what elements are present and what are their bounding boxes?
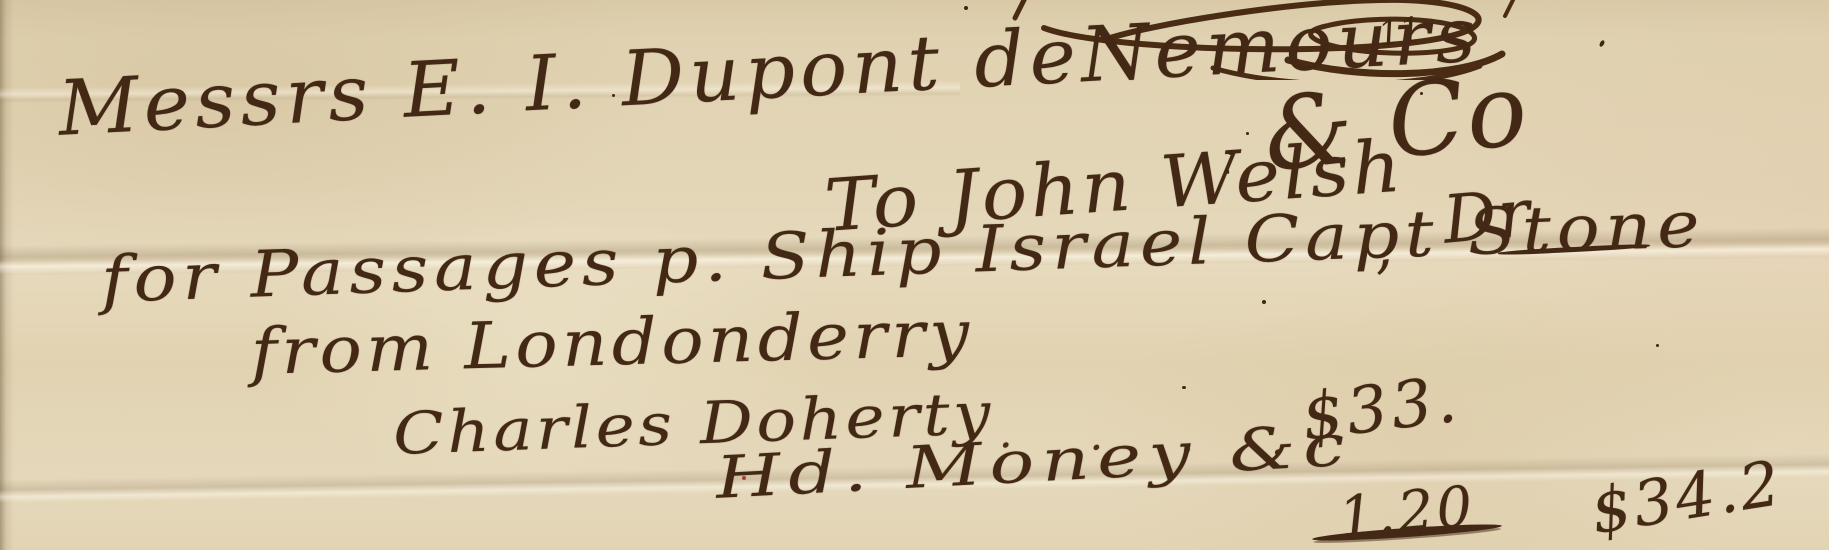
ink-speck — [1228, 150, 1233, 155]
ink-speck — [612, 94, 615, 97]
ink-speck — [1599, 39, 1606, 47]
origin-port-line: from Londonderry — [250, 297, 974, 390]
ink-speck — [1656, 344, 1659, 347]
ink-speck — [1182, 386, 1186, 389]
ink-speck — [1246, 132, 1249, 135]
ink-speck-red — [742, 476, 746, 480]
ink-speck — [964, 6, 968, 10]
total-amount-fragment: $34.2 — [1586, 446, 1788, 548]
document-scan: 11 Messrs E. I. Dupont deNemours & Co To… — [0, 0, 1829, 550]
ink-speck — [1262, 300, 1266, 304]
ink-speck — [1420, 92, 1423, 95]
